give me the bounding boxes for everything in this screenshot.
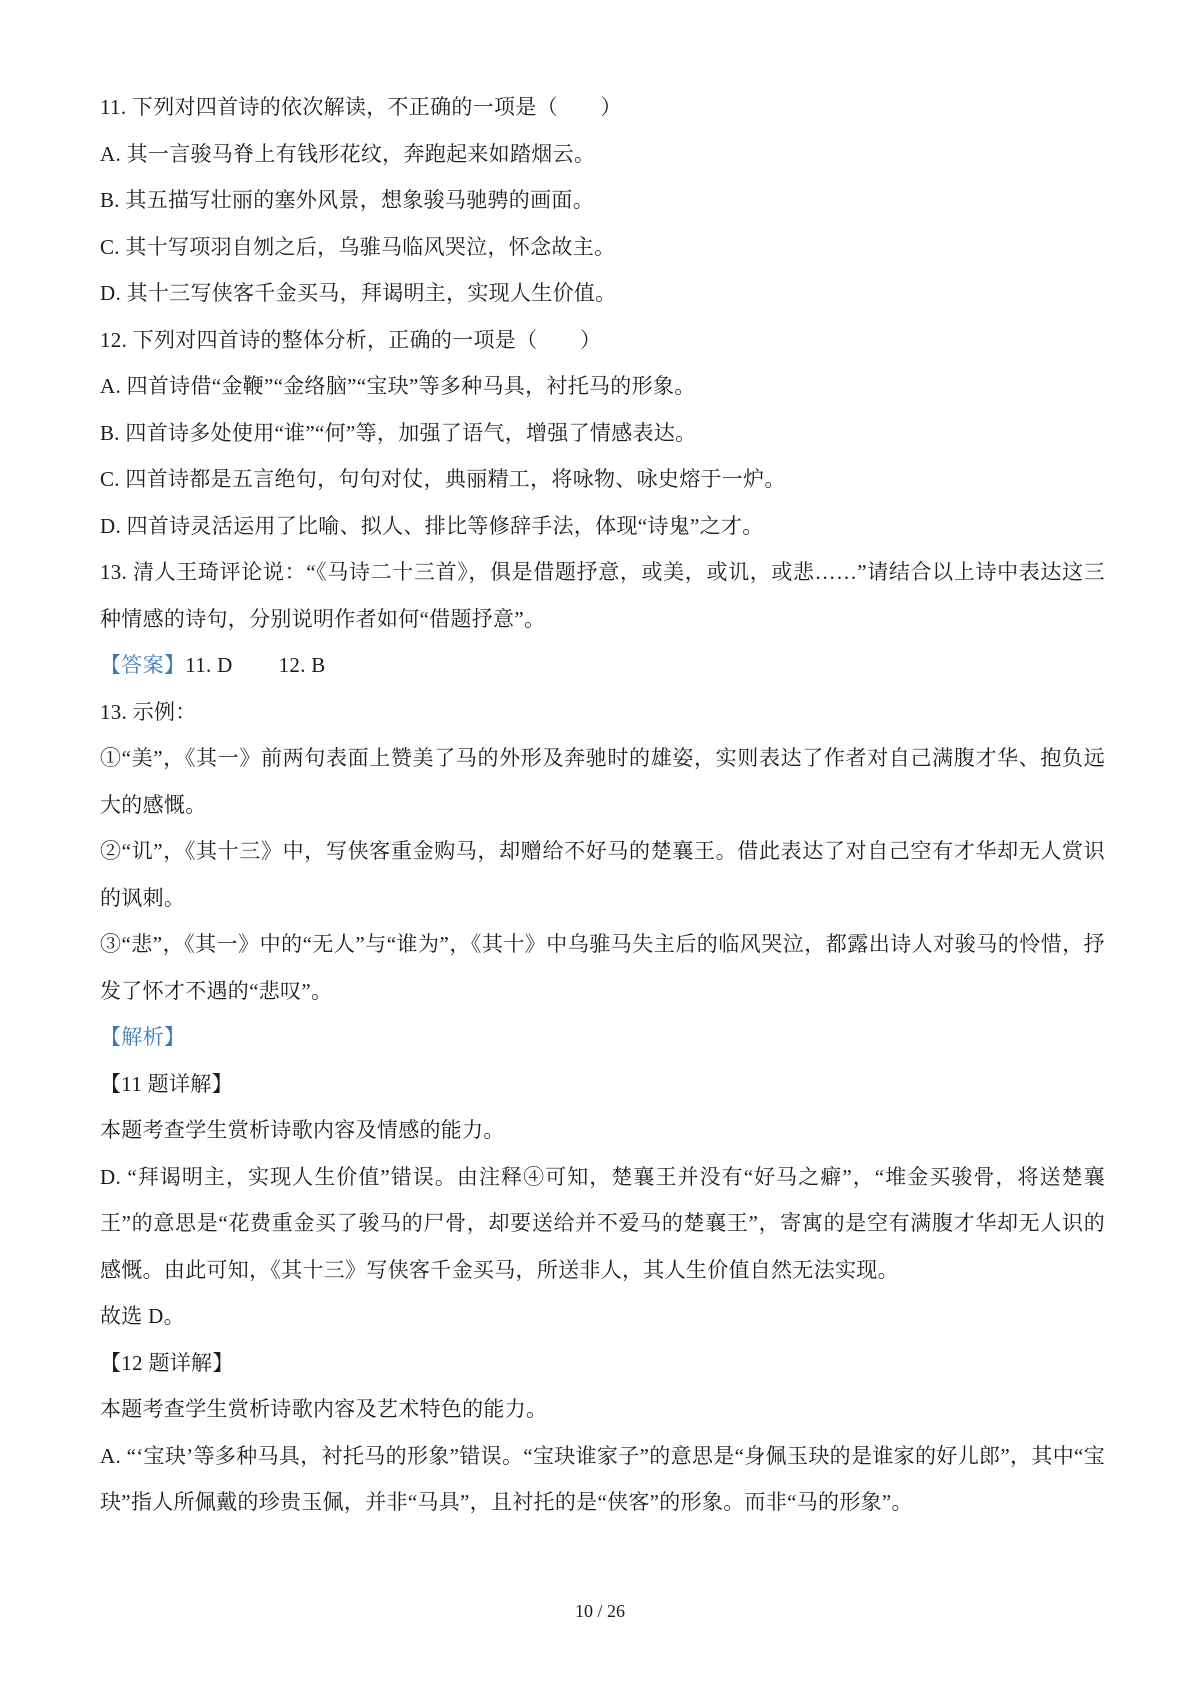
question-11-option-d: D. 其十三写侠客千金买马，拜谒明主，实现人生价值。	[100, 270, 1105, 317]
analysis-11-heading: 【11 题详解】	[100, 1061, 1105, 1108]
question-11-option-c: C. 其十写项羽自刎之后，乌骓马临风哭泣，怀念故主。	[100, 224, 1105, 271]
question-13-stem: 13. 清人王琦评论说：“《马诗二十三首》，俱是借题抒意，或美，或讥，或悲……”…	[100, 549, 1105, 642]
document-page: 11. 下列对四首诗的依次解读，不正确的一项是（ ） A. 其一言骏马脊上有钱形…	[0, 0, 1200, 1697]
analysis-11-paragraph-2: D. “拜谒明主，实现人生价值”错误。由注释④可知，楚襄王并没有“好马之癖”，“…	[100, 1154, 1105, 1294]
question-12-option-d: D. 四首诗灵活运用了比喻、拟人、排比等修辞手法，体现“诗鬼”之才。	[100, 503, 1105, 550]
analysis-12-paragraph-2: A. “‘宝玦’等多种马具，衬托马的形象”错误。“宝玦谁家子”的意思是“身佩玉玦…	[100, 1433, 1105, 1526]
analysis-12-heading: 【12 题详解】	[100, 1340, 1105, 1387]
question-12-stem: 12. 下列对四首诗的整体分析，正确的一项是（ ）	[100, 317, 1105, 364]
analysis-label: 【解析】	[100, 1014, 1105, 1061]
answer-q13-header: 13. 示例：	[100, 689, 1105, 736]
answer-line: 【答案】11. D12. B	[100, 642, 1105, 689]
analysis-11-paragraph-3: 故选 D。	[100, 1293, 1105, 1340]
analysis-12-paragraph-1: 本题考查学生赏析诗歌内容及艺术特色的能力。	[100, 1386, 1105, 1433]
page-number: 10 / 26	[0, 1601, 1200, 1622]
answer-q11: 11. D	[185, 653, 232, 677]
question-11-option-b: B. 其五描写壮丽的塞外风景，想象骏马驰骋的画面。	[100, 177, 1105, 224]
answer-q13-point-3: ③“悲”，《其一》中的“无人”与“谁为”，《其十》中乌骓马失主后的临风哭泣，都露…	[100, 921, 1105, 1014]
question-12-option-c: C. 四首诗都是五言绝句，句句对仗，典丽精工，将咏物、咏史熔于一炉。	[100, 456, 1105, 503]
question-12-option-a: A. 四首诗借“金鞭”“金络脑”“宝玦”等多种马具，衬托马的形象。	[100, 363, 1105, 410]
analysis-11-paragraph-1: 本题考查学生赏析诗歌内容及情感的能力。	[100, 1107, 1105, 1154]
answer-q13-point-2: ②“讥”，《其十三》中，写侠客重金购马，却赠给不好马的楚襄王。借此表达了对自己空…	[100, 828, 1105, 921]
answer-q12: 12. B	[279, 653, 326, 677]
question-11-option-a: A. 其一言骏马脊上有钱形花纹，奔跑起来如踏烟云。	[100, 131, 1105, 178]
answer-label: 【答案】	[100, 653, 185, 677]
document-body: 11. 下列对四首诗的依次解读，不正确的一项是（ ） A. 其一言骏马脊上有钱形…	[0, 0, 1200, 1526]
question-11-stem: 11. 下列对四首诗的依次解读，不正确的一项是（ ）	[100, 84, 1105, 131]
question-12-option-b: B. 四首诗多处使用“谁”“何”等，加强了语气，增强了情感表达。	[100, 410, 1105, 457]
answer-q13-point-1: ①“美”，《其一》前两句表面上赞美了马的外形及奔驰时的雄姿，实则表达了作者对自己…	[100, 735, 1105, 828]
